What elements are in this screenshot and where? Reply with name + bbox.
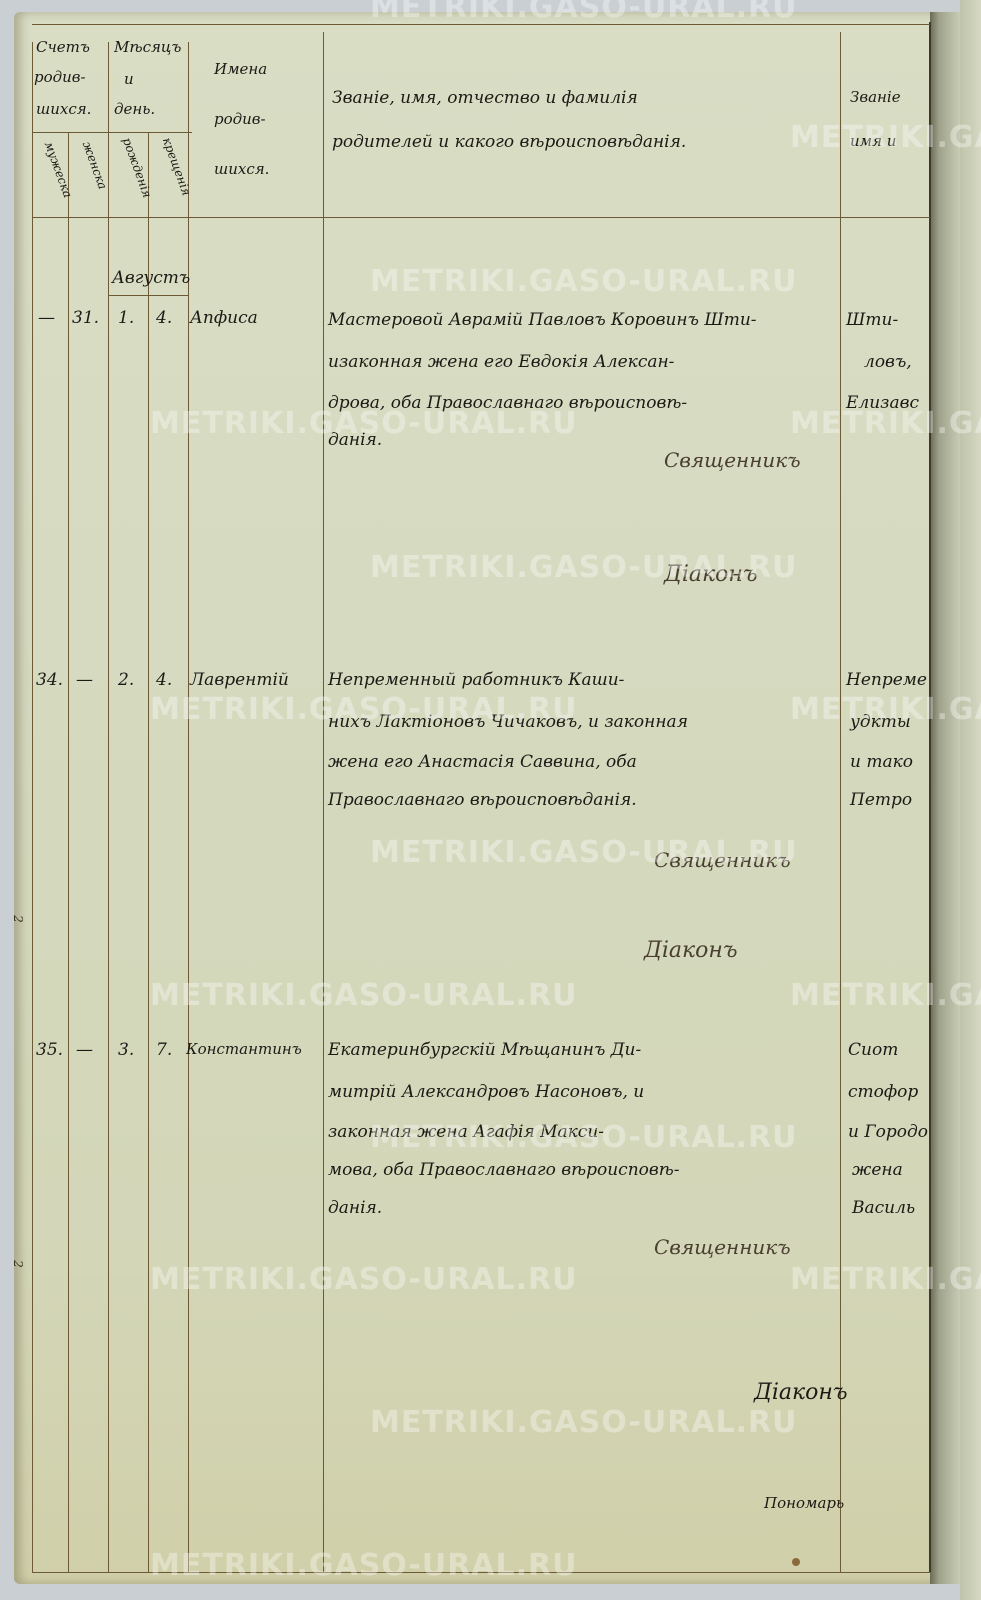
page-edge-rule [929, 22, 931, 1572]
signature-priest: Священникъ [654, 1237, 791, 1257]
binding-spine [930, 12, 960, 1584]
entry-child-name: Лаврентій [190, 672, 289, 689]
register-page: Счетъ родив- шихся. мужеска женска Мѣсяц… [14, 12, 960, 1584]
header-count-line1: Счетъ [36, 40, 90, 55]
column-rule [68, 132, 69, 1572]
header-names-line2: родив- [214, 112, 266, 127]
watermark: METRIKI.GASO-URAL.RU [790, 1262, 981, 1297]
entry-male-count: 35. [36, 1042, 63, 1059]
header-count-male: мужеска [43, 140, 74, 199]
entry-parents-line: Непременный работникъ Каши- [328, 672, 624, 689]
entry-parents-line: Мастеровой Аврамій Павловъ Коровинъ Шти- [328, 312, 757, 329]
entry-godparent-line: Сиот [848, 1042, 898, 1059]
entry-male-count: 34. [36, 672, 63, 689]
entry-godparent-line: и тако [850, 754, 913, 771]
watermark: METRIKI.GASO-URAL.RU [150, 692, 578, 727]
entry-baptism-day: 4. [156, 672, 172, 689]
entry-birth-day: 3. [118, 1042, 134, 1059]
watermark: METRIKI.GASO-URAL.RU [150, 406, 578, 441]
entry-birth-day: 2. [118, 672, 134, 689]
entry-child-name: Апфиса [190, 310, 258, 327]
entry-parents-line: жена его Анастасія Саввина, оба [328, 754, 637, 771]
header-parents-line2: родителей и какого вѣроисповѣданія. [332, 134, 686, 151]
entry-parents-line: мова, оба Православнаго вѣроисповѣ- [328, 1162, 680, 1179]
column-rule [840, 32, 841, 1572]
margin-mark: 2 [11, 1260, 25, 1268]
month-label: Августъ [112, 270, 190, 287]
entry-godparent-line: Непреме [846, 672, 927, 689]
entry-baptism-day: 7. [156, 1042, 172, 1059]
watermark: METRIKI.GASO-URAL.RU [790, 406, 981, 441]
entry-godparent-line: Петро [850, 792, 912, 809]
header-names-line1: Имена [214, 62, 267, 77]
header-bottom-rule [32, 217, 930, 218]
header-godparents-line1: Званіе [850, 90, 901, 105]
entry-female-count: 31. [72, 310, 99, 327]
entry-godparent-line: и Городо [848, 1124, 928, 1141]
header-parents-line1: Званіе, имя, отчество и фамилія [332, 90, 638, 107]
entry-parents-line: митрій Александровъ Насоновъ, и [328, 1084, 644, 1101]
watermark: METRIKI.GASO-URAL.RU [370, 0, 798, 25]
column-rule [148, 132, 149, 1572]
entry-male-count: — [38, 310, 55, 327]
header-count-line3: шихся. [36, 102, 91, 117]
column-rule [323, 32, 324, 1572]
column-rule [108, 42, 109, 1572]
entry-godparent-line: жена [852, 1162, 903, 1179]
watermark: METRIKI.GASO-URAL.RU [150, 1262, 578, 1297]
signature-deacon: Діаконъ [644, 940, 738, 962]
ink-stain [792, 1558, 800, 1566]
month-rule [108, 295, 188, 296]
watermark: METRIKI.GASO-URAL.RU [150, 978, 578, 1013]
watermark: METRIKI.GASO-URAL.RU [370, 550, 798, 585]
entry-female-count: — [76, 672, 93, 689]
header-names-line3: шихся. [214, 162, 269, 177]
watermark: METRIKI.GASO-URAL.RU [370, 1120, 798, 1155]
adjacent-page-edge [960, 0, 981, 1600]
entry-parents-line: Православнаго вѣроисповѣданія. [328, 792, 637, 809]
watermark: METRIKI.GASO-URAL.RU [790, 692, 981, 727]
watermark: METRIKI.GASO-URAL.RU [150, 1548, 578, 1583]
column-rule [32, 42, 33, 1572]
entry-godparent-line: Шти- [846, 312, 898, 329]
watermark: METRIKI.GASO-URAL.RU [370, 1405, 798, 1440]
watermark: METRIKI.GASO-URAL.RU [790, 120, 981, 155]
entry-female-count: — [76, 1042, 93, 1059]
entry-godparent-line: ловъ, [864, 354, 912, 371]
entry-child-name: Константинъ [186, 1042, 302, 1057]
header-count-line2: родив- [34, 70, 86, 85]
signature-priest: Священникъ [664, 450, 801, 470]
header-month-line2: и [124, 72, 134, 87]
entry-parents-line: Екатеринбургскій Мѣщанинъ Ди- [328, 1042, 641, 1059]
entry-baptism-day: 4. [156, 310, 172, 327]
signature-sexton: Пономарь [764, 1496, 844, 1511]
header-month-line1: Мѣсяцъ [114, 40, 181, 55]
signature-deacon: Діаконъ [754, 1382, 848, 1404]
watermark: METRIKI.GASO-URAL.RU [790, 978, 981, 1013]
watermark: METRIKI.GASO-URAL.RU [370, 835, 798, 870]
entry-godparent-line: стофор [848, 1084, 918, 1101]
header-count-female: женска [81, 140, 109, 191]
header-sub-rule [32, 132, 192, 133]
entry-birth-day: 1. [118, 310, 134, 327]
margin-mark: 2 [11, 915, 25, 923]
watermark: METRIKI.GASO-URAL.RU [370, 264, 798, 299]
entry-parents-line: изаконная жена его Евдокія Алексан- [328, 354, 674, 371]
entry-godparent-line: Василь [852, 1200, 915, 1217]
entry-parents-line: данія. [328, 1200, 382, 1217]
header-month-line3: день. [114, 102, 155, 117]
